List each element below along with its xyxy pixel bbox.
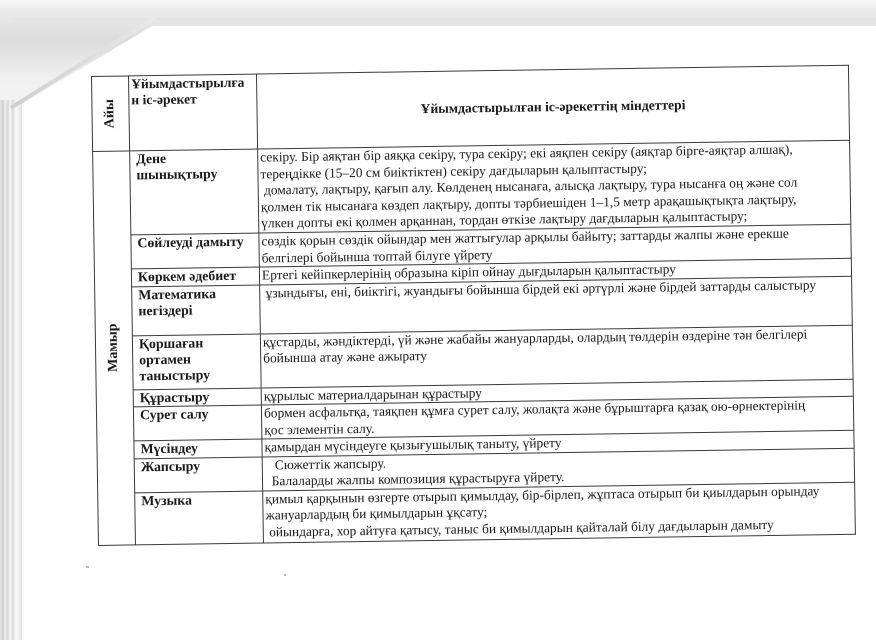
activity-name: Қоршаған — [139, 334, 258, 352]
activity-name: негіздері — [138, 301, 257, 319]
scan-speck — [284, 574, 286, 576]
activity-name: Жапсыру — [141, 457, 260, 475]
activity-name: Математика — [138, 285, 257, 303]
activity-name: Құрастыру — [140, 388, 259, 406]
activity-name: Музыка — [141, 491, 260, 509]
header-month-label: Айы — [102, 99, 119, 128]
activity-cell: Қоршағанортаментаныстыру — [132, 334, 261, 390]
scan-speck — [86, 566, 89, 568]
header-activity-line: Ұйымдастырылға — [131, 75, 254, 93]
tasks-cell: ұзындығы, ені, биіктігі, жуандығы бойынш… — [260, 276, 853, 334]
table-row: МамырДенешынықтырусекіру. Бір аяқтан бір… — [93, 140, 851, 235]
activity-cell: Құрастыру — [133, 388, 261, 407]
lesson-plan-document: Айы Ұйымдастырылға н іс-әрекет Ұйымдасты… — [91, 65, 855, 546]
activity-name: ортамен — [139, 350, 258, 368]
tasks-cell: секіру. Бір аяқтан бір аяққа секіру, тур… — [258, 140, 851, 233]
activity-cell: Математиканегіздері — [132, 285, 261, 336]
month-label: Мамыр — [105, 324, 122, 373]
table-header-row: Айы Ұйымдастырылға н іс-әрекет Ұйымдасты… — [92, 65, 850, 151]
activity-name: шынықтыру — [136, 166, 255, 184]
page-edge — [12, 18, 876, 20]
activity-cell: Музыка — [135, 490, 264, 544]
table-row: Музыкақимыл қарқынын өзгерте отырып қимы… — [98, 482, 856, 545]
activity-cell: Мүсіндеу — [134, 439, 262, 458]
activity-cell: Сөйлеуді дамыту — [131, 233, 259, 269]
tasks-cell: қимыл қарқынын өзгерте отырып қимылдау, … — [263, 482, 856, 543]
month-cell: Мамыр — [93, 151, 136, 545]
activity-name: Сурет салу — [140, 406, 259, 424]
header-activity-line: н іс-әрекет — [131, 91, 254, 109]
lesson-plan-table: Айы Ұйымдастырылға н іс-әрекет Ұйымдасты… — [91, 65, 856, 546]
activity-name: Көркем әдебиет — [138, 268, 257, 286]
header-month: Айы — [92, 76, 130, 152]
header-tasks: Ұйымдастырылған іс-әрекеттің міндеттері — [256, 65, 849, 149]
table-body: МамырДенешынықтырусекіру. Бір аяқтан бір… — [93, 140, 856, 545]
activity-name: Дене — [136, 150, 255, 168]
activity-cell: Денешынықтыру — [130, 149, 259, 235]
activity-name: Мүсіндеу — [140, 440, 259, 458]
activity-name: таныстыру — [139, 366, 258, 384]
header-activity: Ұйымдастырылға н іс-әрекет — [129, 74, 258, 151]
tasks-cell: құстарды, жәндіктерді, үй және жабайы жа… — [260, 325, 853, 388]
activity-cell: Көркем әдебиет — [131, 267, 259, 286]
activity-cell: Сурет салу — [133, 405, 261, 441]
activity-cell: Жапсыру — [134, 457, 262, 493]
activity-name: Сөйлеуді дамыту — [137, 234, 256, 252]
